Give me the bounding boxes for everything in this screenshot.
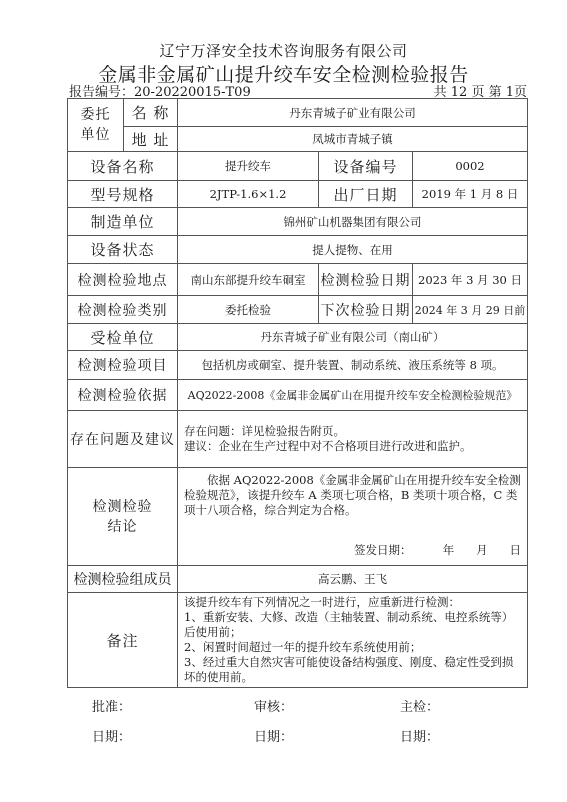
model-value: 2JTP-1.6×1.2 <box>178 181 319 208</box>
location-label: 检测检验地点 <box>68 264 178 296</box>
sign-year: 年 <box>421 543 454 558</box>
location-value: 南山东部提升绞车硐室 <box>178 264 319 296</box>
chief-date-label: 日期： <box>400 726 439 745</box>
remarks-label: 备注 <box>68 593 178 688</box>
review-label: 审核： <box>254 696 293 715</box>
report-meta: 报告编号：20-20220015-T09 共 12 页 第 1页 <box>67 81 527 97</box>
sign-date-row: 签发日期： 年 月 日 <box>184 543 521 558</box>
category-label: 检测检验类别 <box>68 296 178 324</box>
conclusion-value: 依据 AQ2022-2008《金属非金属矿山在用提升绞车安全检测检验规范》，该提… <box>178 468 528 566</box>
company-name: 辽宁万泽安全技术咨询服务有限公司 <box>0 40 567 61</box>
members-value: 高云鹏、王飞 <box>178 566 528 593</box>
chief-inspector-label: 主检： <box>400 696 439 715</box>
status-value: 提人提物、在用 <box>178 236 528 264</box>
equipment-name-label: 设备名称 <box>68 152 178 181</box>
sign-day: 日 <box>488 543 521 558</box>
signature-row: 批准： 审核： 主检： <box>67 690 527 720</box>
issues-label: 存在问题及建议 <box>68 411 178 468</box>
inspection-date-label: 检测检验日期 <box>319 264 413 296</box>
next-date-value: 2024 年 3 月 29 日前 <box>413 296 528 324</box>
sign-month: 月 <box>454 543 487 558</box>
manufacture-date-label: 出厂日期 <box>319 181 413 208</box>
client-label: 委托单位 <box>68 99 124 152</box>
client-name-label: 名 称 <box>124 99 178 127</box>
client-name-value: 丹东青城子矿业有限公司 <box>178 99 528 127</box>
members-label: 检测检验组成员 <box>68 566 178 593</box>
remarks-value: 该提升绞车有下列情况之一时进行，应重新进行检测： 1、重新安装、大修、改造（主轴… <box>178 593 528 688</box>
items-label: 检测检验项目 <box>68 351 178 380</box>
inspection-date-value: 2023 年 3 月 30 日 <box>413 264 528 296</box>
basis-value: AQ2022-2008《金属非金属矿山在用提升绞车安全检测检验规范》 <box>178 380 528 411</box>
suggestion-line: 建议：企业在生产过程中对不合格项目进行改进和监护。 <box>184 439 521 454</box>
conclusion-label: 检测检验 结论 <box>68 468 178 566</box>
next-date-label: 下次检验日期 <box>319 296 413 324</box>
review-date-label: 日期： <box>254 726 293 745</box>
sign-date-label: 签发日期： <box>354 543 421 558</box>
client-address-label: 地 址 <box>124 127 178 152</box>
manufacturer-value: 锦州矿山机器集团有限公司 <box>178 208 528 236</box>
date-row: 日期： 日期： 日期： <box>67 720 527 750</box>
remarks-line: 2、闲置时间超过一年的提升绞车系统使用前； <box>184 640 521 655</box>
approve-label: 批准： <box>92 696 131 715</box>
basis-label: 检测检验依据 <box>68 380 178 411</box>
signature-footer: 批准： 审核： 主检： 日期： 日期： 日期： <box>67 690 527 750</box>
equipment-no-value: 0002 <box>413 152 528 181</box>
equipment-no-label: 设备编号 <box>319 152 413 181</box>
items-value: 包括机房或硐室、提升装置、制动系统、液压系统等 8 项。 <box>178 351 528 380</box>
model-label: 型号规格 <box>68 181 178 208</box>
client-address-value: 凤城市青城子镇 <box>178 127 528 152</box>
conclusion-label-line2: 结论 <box>68 517 177 537</box>
equipment-name-value: 提升绞车 <box>178 152 319 181</box>
remarks-line: 1、重新安装、大修、改造（主轴装置、制动系统、电控系统等）后使用前； <box>184 610 521 640</box>
remarks-line: 3、经过重大自然灾害可能使设备结构强度、刚度、稳定性受到损坏的使用前。 <box>184 655 521 685</box>
manufacturer-label: 制造单位 <box>68 208 178 236</box>
category-value: 委托检验 <box>178 296 319 324</box>
inspected-unit-value: 丹东青城子矿业有限公司（南山矿） <box>178 324 528 351</box>
conclusion-label-line1: 检测检验 <box>68 497 177 517</box>
issues-line: 存在问题：详见检验报告附页。 <box>184 424 521 439</box>
report-table: 委托单位 名 称 丹东青城子矿业有限公司 地 址 凤城市青城子镇 设备名称 提升… <box>67 98 528 688</box>
client-label-text: 委托单位 <box>80 105 111 145</box>
manufacture-date-value: 2019 年 1 月 8 日 <box>413 181 528 208</box>
conclusion-text: 依据 AQ2022-2008《金属非金属矿山在用提升绞车安全检测检验规范》，该提… <box>184 473 521 533</box>
approve-date-label: 日期： <box>92 726 131 745</box>
status-label: 设备状态 <box>68 236 178 264</box>
issues-value: 存在问题：详见检验报告附页。 建议：企业在生产过程中对不合格项目进行改进和监护。 <box>178 411 528 468</box>
inspected-unit-label: 受检单位 <box>68 324 178 351</box>
remarks-line: 该提升绞车有下列情况之一时进行，应重新进行检测： <box>184 595 521 610</box>
